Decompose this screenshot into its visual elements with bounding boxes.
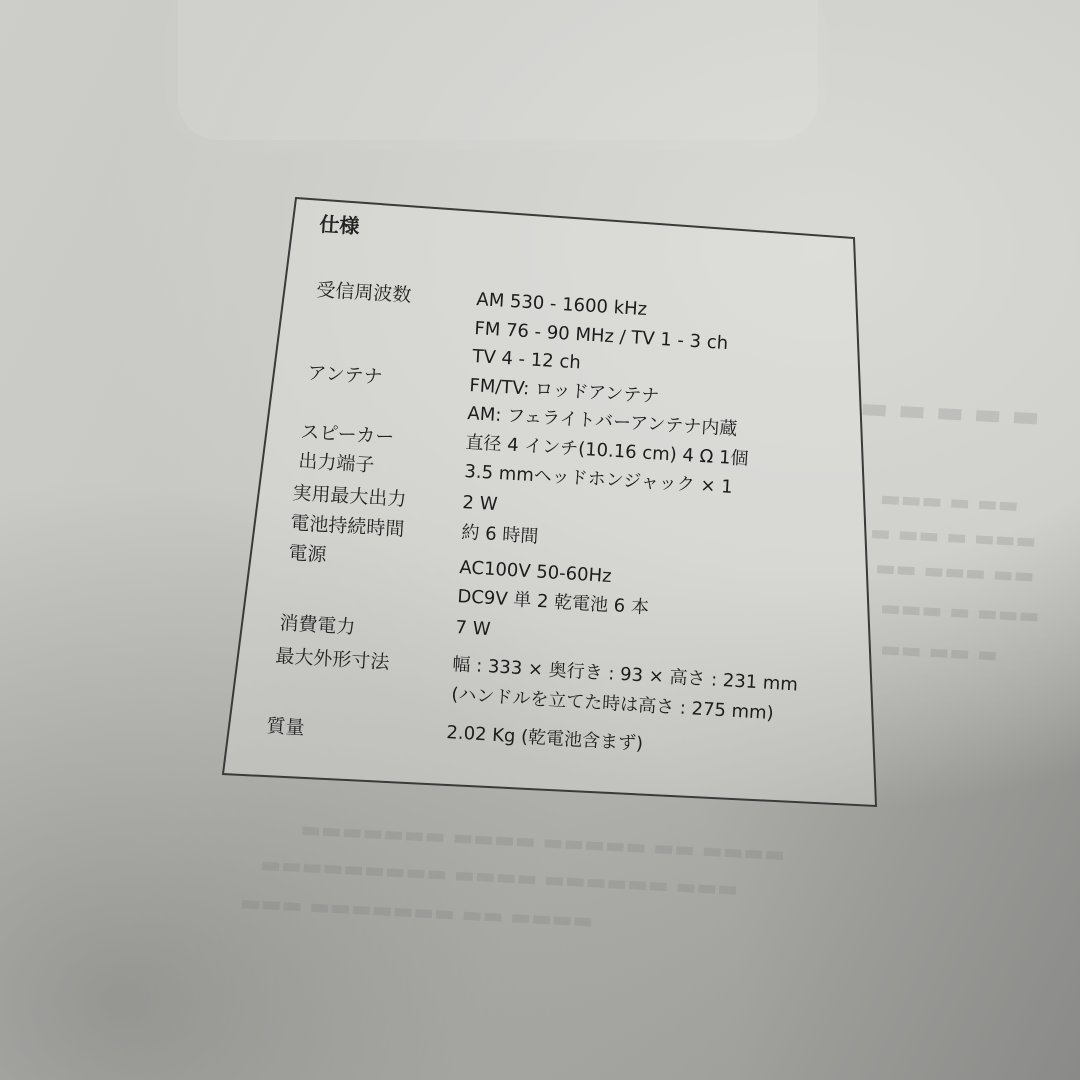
spec-label-power-consumption: 消費電力 <box>279 614 356 637</box>
spec-value-battery-life: 約 6 時間 <box>461 524 539 547</box>
spec-label-power-source: 電源 <box>288 544 327 565</box>
spec-title: 仕様 <box>319 214 360 236</box>
spec-label-weight: 質量 <box>266 717 305 738</box>
spec-label-output-terminal: 出力端子 <box>298 452 375 475</box>
spec-value-power-consumption: 7 W <box>455 619 491 639</box>
spec-box-border <box>0 0 1080 1080</box>
spec-label-speaker: スピーカー <box>300 423 395 448</box>
spec-value-max-output: 2 W <box>462 494 498 514</box>
spec-label-antenna: アンテナ <box>307 364 383 387</box>
